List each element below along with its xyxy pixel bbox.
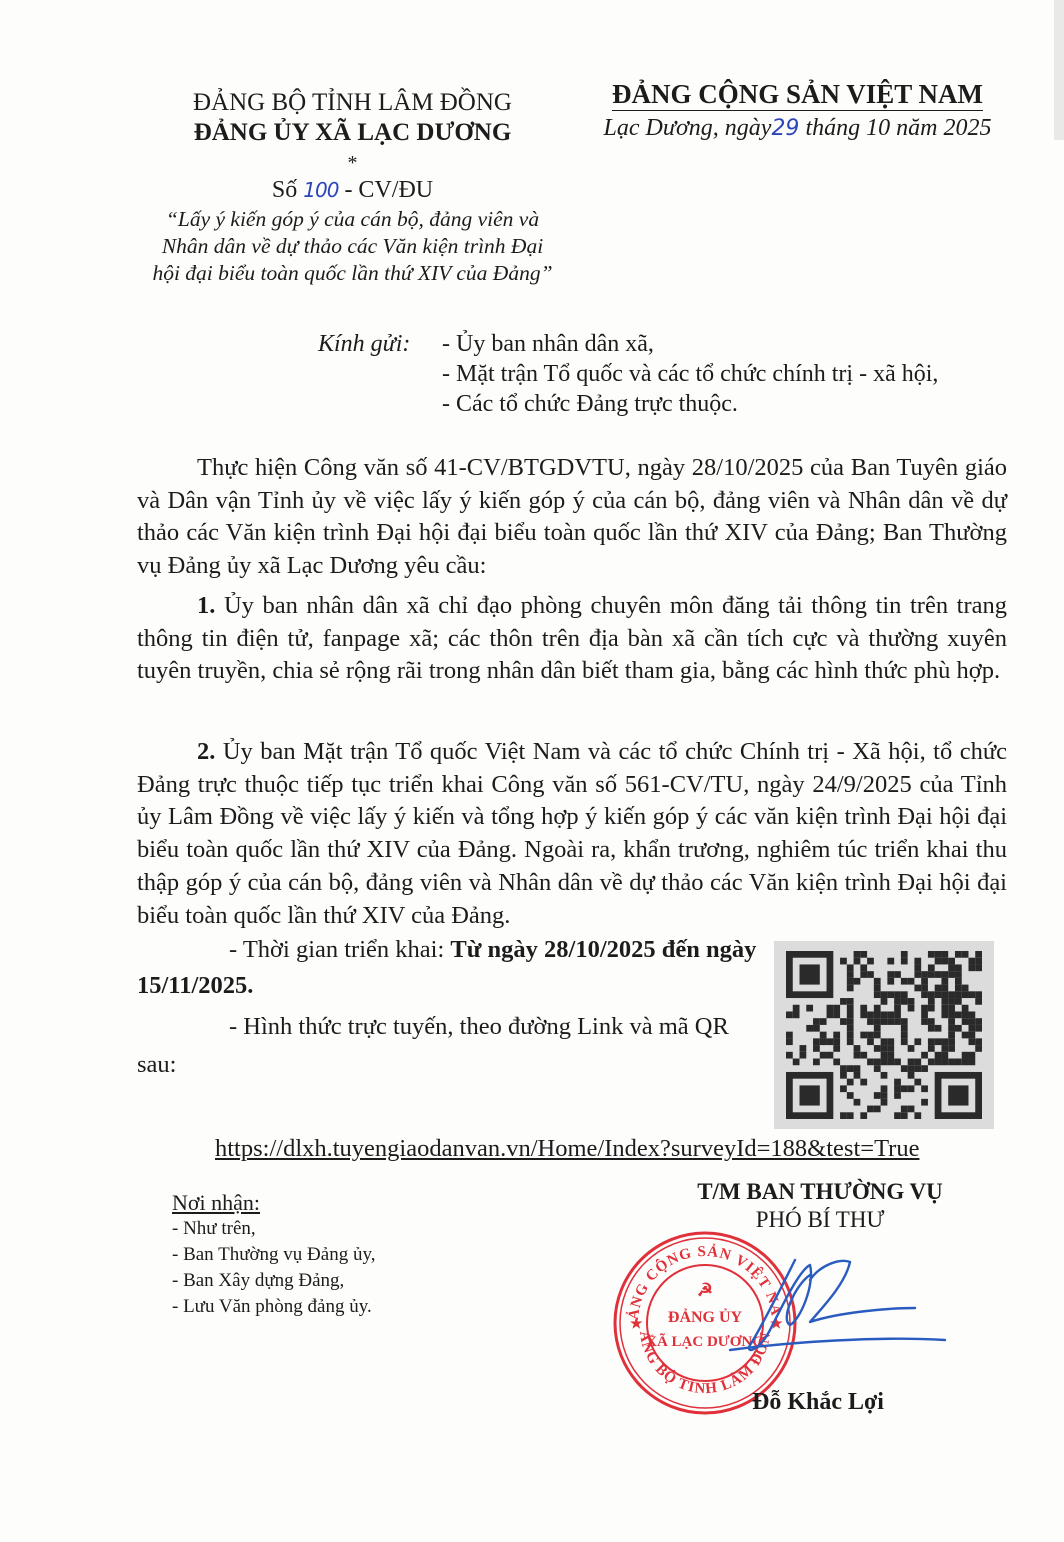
- distribution-title: Nơi nhận:: [172, 1190, 375, 1216]
- document-number: Số 100 - CV/ĐU: [150, 176, 555, 204]
- item-2-paragraph: 2. Ủy ban Mặt trận Tổ quốc Việt Nam và c…: [137, 736, 1007, 932]
- form-text: - Hình thức trực tuyến, theo đường Link …: [137, 1008, 757, 1084]
- qr-code-icon[interactable]: [774, 941, 994, 1129]
- handwritten-number: 100: [303, 178, 338, 202]
- implementation-time: - Thời gian triển khai: Từ ngày 28/10/20…: [137, 932, 757, 1004]
- signing-authority: T/M BAN THƯỜNG VỤ: [660, 1178, 980, 1206]
- qr-code-graphic: [786, 951, 982, 1119]
- recipient-item: - Ủy ban nhân dân xã,: [442, 329, 938, 359]
- item-1-paragraph: 1. Ủy ban nhân dân xã chỉ đạo phòng chuy…: [137, 590, 1007, 688]
- party-name: ĐẢNG CỘNG SẢN VIỆT NAM: [612, 78, 983, 111]
- implementation-form: - Hình thức trực tuyến, theo đường Link …: [137, 1008, 757, 1084]
- signature-block: T/M BAN THƯỜNG VỤ PHÓ BÍ THƯ: [660, 1178, 980, 1234]
- number-prefix: Số: [272, 177, 297, 203]
- distribution-item: - Như trên,: [172, 1216, 375, 1242]
- national-header: ĐẢNG CỘNG SẢN VIỆT NAM Lạc Dương, ngày29…: [585, 78, 1010, 144]
- recipients-label: Kính gửi:: [318, 329, 436, 359]
- intro-paragraph: Thực hiện Công văn số 41-CV/BTGDVTU, ngà…: [137, 452, 1007, 583]
- issuing-organization: ĐẢNG ỦY XÃ LẠC DƯƠNG: [150, 118, 555, 148]
- recipient-item: - Các tổ chức Đảng trực thuộc.: [442, 389, 938, 419]
- recipients-list: - Ủy ban nhân dân xã, - Mặt trận Tổ quốc…: [442, 329, 938, 419]
- intro-text: Thực hiện Công văn số 41-CV/BTGDVTU, ngà…: [137, 452, 1007, 583]
- recipients-block: Kính gửi: - Ủy ban nhân dân xã, - Mặt tr…: [318, 329, 938, 419]
- distribution-item: - Ban Thường vụ Đảng ủy,: [172, 1242, 375, 1268]
- place-date-prefix: Lạc Dương, ngày: [604, 115, 772, 141]
- recipient-item: - Mặt trận Tổ quốc và các tổ chức chính …: [442, 359, 938, 389]
- distribution-item: - Lưu Văn phòng đảng ủy.: [172, 1294, 375, 1320]
- signer-name: Đỗ Khắc Lợi: [752, 1387, 884, 1417]
- number-suffix: - CV/ĐU: [344, 177, 433, 203]
- issuer-header: ĐẢNG BỘ TỈNH LÂM ĐỒNG ĐẢNG ỦY XÃ LẠC DƯƠ…: [150, 88, 555, 287]
- item-1-text: Ủy ban nhân dân xã chỉ đạo phòng chuyên …: [137, 592, 1007, 684]
- parent-organization: ĐẢNG BỘ TỈNH LÂM ĐỒNG: [150, 88, 555, 118]
- place-date-suffix: tháng 10 năm 2025: [805, 115, 991, 141]
- survey-link[interactable]: https://dlxh.tuyengiaodanvan.vn/Home/Ind…: [215, 1134, 919, 1164]
- svg-text:★: ★: [630, 1316, 643, 1332]
- time-label: - Thời gian triển khai:: [229, 936, 450, 963]
- item-1-number: 1.: [197, 592, 215, 619]
- distribution-list: Nơi nhận: - Như trên, - Ban Thường vụ Đả…: [172, 1190, 375, 1320]
- handwritten-day: 29: [771, 116, 799, 141]
- scan-edge: [1054, 0, 1064, 140]
- separator-star: *: [150, 152, 555, 174]
- distribution-item: - Ban Xây dựng Đảng,: [172, 1268, 375, 1294]
- handwritten-signature-icon: [700, 1250, 960, 1390]
- item-2-number: 2.: [197, 738, 215, 765]
- place-date: Lạc Dương, ngày29 tháng 10 năm 2025: [585, 113, 1010, 144]
- document-subject: “Lấy ý kiến góp ý của cán bộ, đảng viên …: [150, 206, 555, 287]
- item-2-text: Ủy ban Mặt trận Tổ quốc Việt Nam và các …: [137, 738, 1007, 929]
